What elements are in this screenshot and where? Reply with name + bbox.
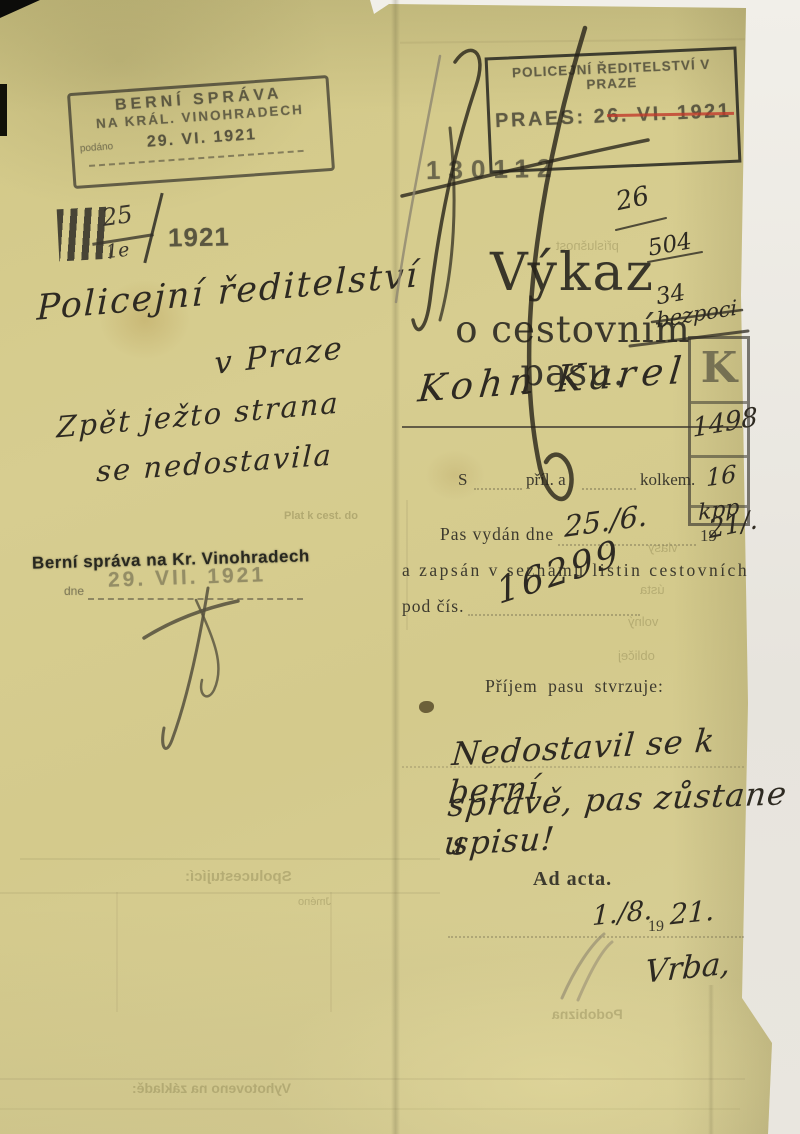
bleed-table-col-1: [116, 892, 118, 1012]
fee-box-divider-2: [691, 455, 747, 458]
bleed-table-line-mid: [0, 892, 440, 894]
attach-kolkem-label: kolkem.: [640, 470, 695, 490]
bleed-plat-text: Plat k cest. do: [284, 510, 358, 522]
scan-artifact-left-bar: [0, 84, 7, 136]
berni-line-dashes: [88, 598, 303, 600]
registry-fraction-bottom: 1e: [105, 239, 131, 263]
bleed-oblicej: obličej: [618, 648, 655, 663]
adacta-label: Ad acta.: [533, 868, 612, 891]
receipt-handwritten-line3: spisu!: [450, 819, 556, 863]
berni-stamp-prefix: podáno: [80, 141, 114, 154]
bleed-podobizna: Podobizna: [552, 1006, 623, 1022]
attach-s-label: S: [458, 470, 467, 490]
registry-fraction-top: 25: [100, 200, 134, 232]
bleed-vlasy: vlasy: [648, 540, 678, 555]
file-number-stamp: 130112: [426, 153, 560, 186]
bleed-spolucestujici: Spolucestující:: [185, 868, 292, 885]
fee-value-2: 16: [706, 460, 736, 493]
bleed-table-col-2: [330, 892, 332, 1012]
scanned-document: BERNÍ SPRÁVA NA KRÁL. VINOHRADECH podáno…: [0, 0, 800, 1134]
berni-line-prefix: dne: [64, 584, 84, 598]
berni-sprava-stamp-box: BERNÍ SPRÁVA NA KRÁL. VINOHRADECH podáno…: [67, 75, 335, 189]
fold-bottom-right: [708, 985, 714, 1134]
bleed-volny: volný: [628, 614, 658, 629]
registered-pod-label: pod čís.: [402, 596, 464, 617]
issued-label: Pas vydán dne: [440, 524, 554, 545]
bleed-usta: ústa: [640, 582, 665, 597]
attach-pril-label: příl. a: [526, 470, 566, 490]
fee-box-divider-1: [691, 401, 747, 404]
police-stamp-line1: POLICEJNÍ ŘEDITELSTVÍ V PRAZE: [492, 56, 731, 96]
registered-dots: [468, 598, 640, 616]
berni-stamp-date: 29. VI. 1921: [146, 126, 257, 152]
attach-dots-1: [474, 472, 522, 490]
bleed-vyhotoveno: Vyhotoveno na základě:: [132, 1080, 291, 1096]
crease-bottom-1: [0, 1078, 745, 1080]
bleed-table-line-top: [20, 858, 440, 860]
center-fold-line: [391, 0, 400, 1134]
adacta-dots-line: [448, 920, 744, 938]
fee-box-letter: K: [691, 339, 747, 397]
crease-bottom-2: [0, 1108, 740, 1110]
bleed-prislusnost: příslušnost: [556, 238, 619, 253]
bleed-jmeno: Jméno: [298, 896, 331, 908]
receipt-label: Příjem pasu stvrzuje:: [402, 676, 747, 697]
attach-dots-2: [582, 472, 636, 490]
registry-year-stamp: 1921: [168, 221, 230, 253]
